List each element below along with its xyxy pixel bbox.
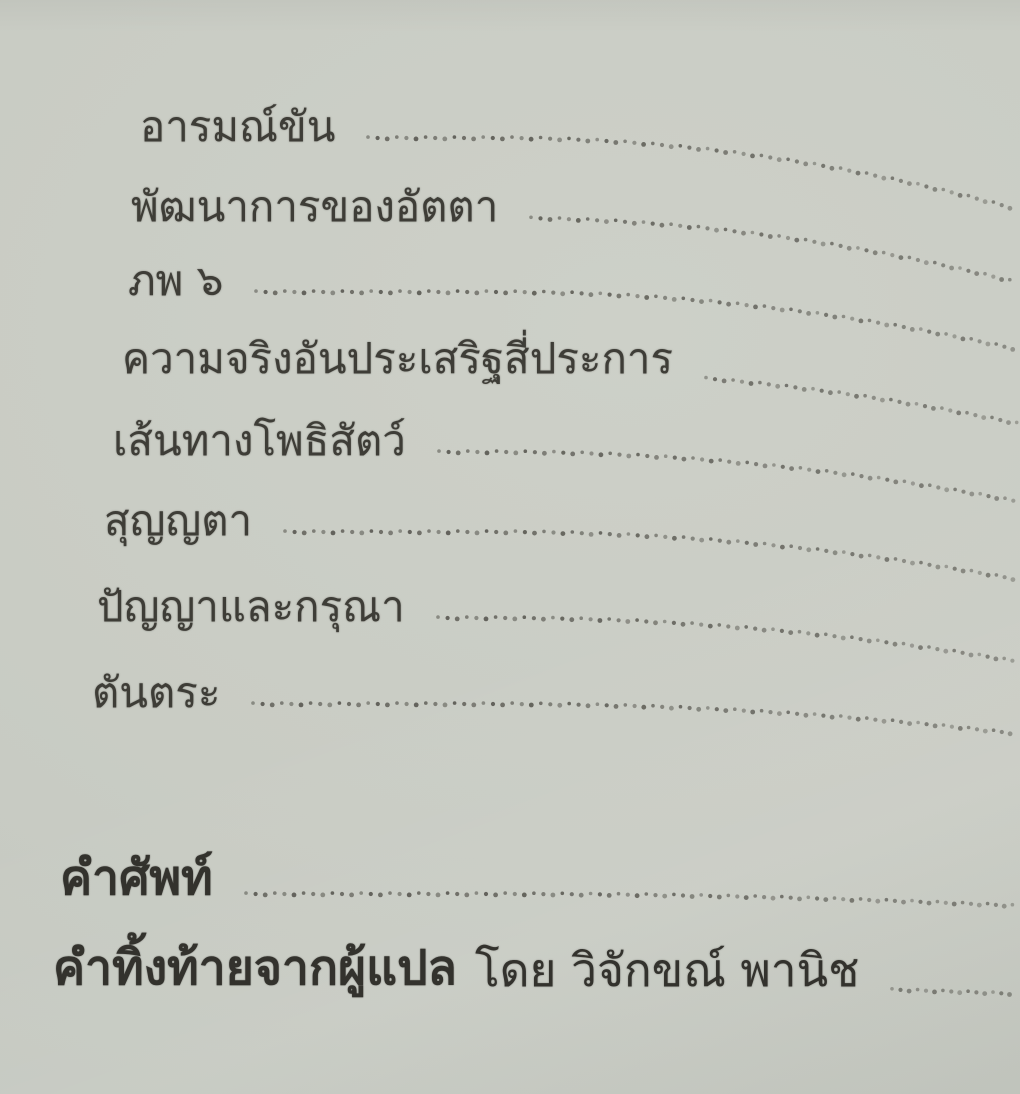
chapter-title: อารมณ์ขัน [140, 97, 335, 158]
chapter-title: ปัญญาและกรุณา [97, 577, 405, 638]
backmatter-title: คำศัพท์ [60, 844, 213, 914]
chapter-title: สุญญตา [104, 491, 252, 552]
toc-entry: อารมณ์ขัน [0, 86, 1020, 158]
toc-entry-afterword: คำทิ้งท้ายจากผู้แปล โดย วิจักขณ์ พานิช [0, 932, 1020, 1004]
toc-entry: ความจริงอันประเสริฐสี่ประการ [0, 318, 1020, 390]
chapter-title: พัฒนาการของอัตตา [131, 177, 498, 238]
chapter-title: เส้นทางโพธิสัตว์ [113, 411, 406, 472]
dotted-leader [701, 364, 1020, 390]
table-of-contents: อารมณ์ขัน พัฒนาการของอัตตา ภพ ๖ ความจริง… [0, 0, 1020, 1094]
chapter-title: ตันตระ [92, 663, 220, 724]
chapter-title: ความจริงอันประเสริฐสี่ประการ [122, 329, 673, 390]
dotted-leader [248, 698, 1020, 724]
dotted-leader [251, 286, 1020, 312]
toc-entry: ปัญญาและกรุณา [0, 566, 1020, 638]
dotted-leader [280, 526, 1020, 552]
dotted-leader [434, 446, 1020, 472]
dotted-leader [526, 212, 1020, 238]
toc-entry: พัฒนาการของอัตตา [0, 166, 1020, 238]
toc-entry-glossary: คำศัพท์ [0, 842, 1020, 914]
dotted-leader [363, 132, 1020, 158]
dotted-leader [433, 612, 1020, 638]
toc-entry: สุญญตา [0, 480, 1020, 552]
toc-entry: เส้นทางโพธิสัตว์ [0, 400, 1020, 472]
dotted-leader [241, 888, 1020, 914]
toc-entry: ตันตระ [0, 652, 1020, 724]
book-page: อารมณ์ขัน พัฒนาการของอัตตา ภพ ๖ ความจริง… [0, 0, 1020, 1094]
dotted-leader [887, 978, 1020, 1004]
backmatter-title: คำทิ้งท้ายจากผู้แปล [53, 934, 457, 1004]
chapter-title: ภพ ๖ [128, 251, 223, 312]
toc-entry: ภพ ๖ [0, 240, 1020, 312]
translator-byline: โดย วิจักขณ์ พานิช [475, 937, 859, 1004]
